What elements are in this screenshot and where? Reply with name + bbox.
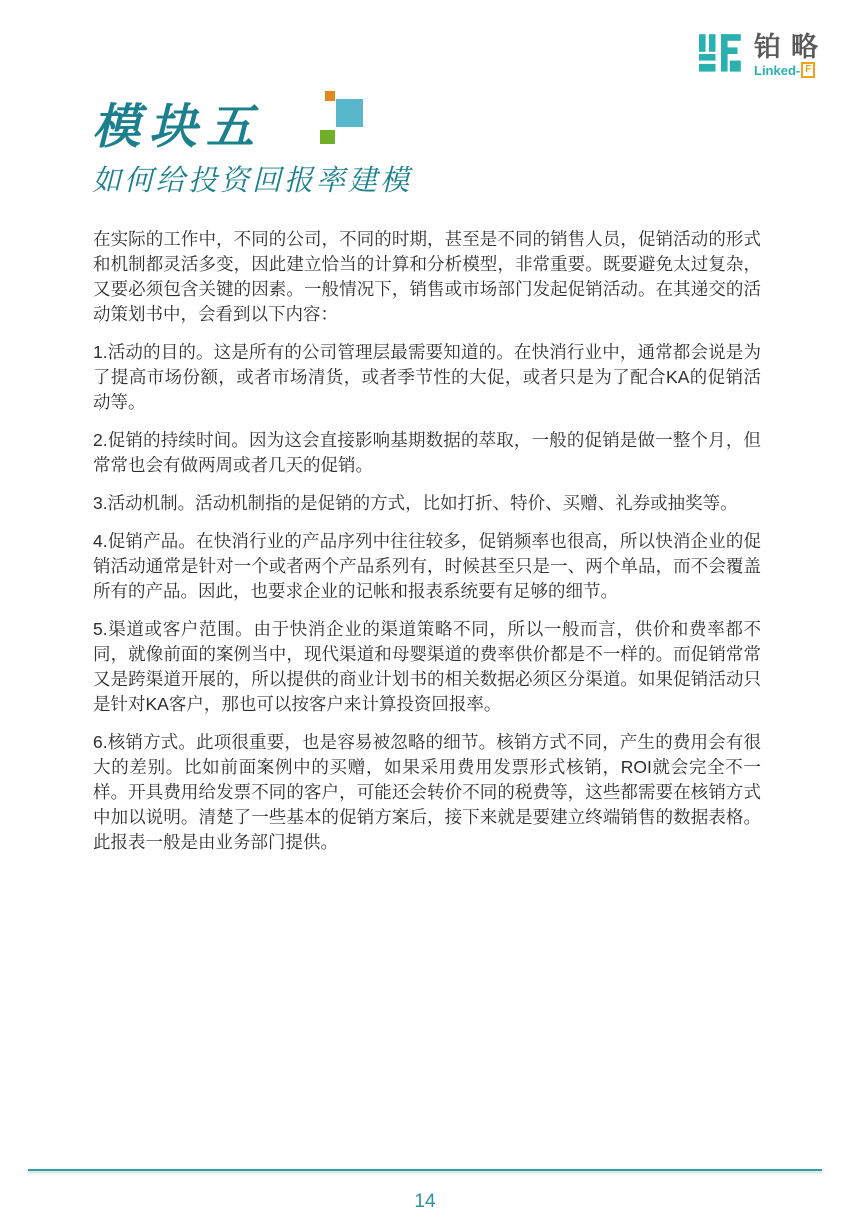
document-page: 铂略 Linked-F 模块五 如何给投资回报率建模 在实际的工作中，不同的公司… — [0, 0, 850, 1228]
page-subtitle: 如何给投资回报率建模 — [92, 158, 412, 199]
linked-f-logo-icon — [698, 32, 744, 76]
deco-square-orange — [325, 91, 335, 101]
list-item-5: 5.渠道或客户范围。由于快消企业的渠道策略不同，所以一般而言，供价和费率都不同，… — [93, 617, 761, 717]
list-item-4: 4.促销产品。在快消行业的产品序列中往往较多，促销频率也很高，所以快消企业的促销… — [93, 529, 761, 604]
brand-logo: 铂略 Linked-F — [698, 32, 828, 78]
brand-name-en: Linked-F — [754, 62, 815, 78]
deco-square-green — [320, 130, 335, 144]
list-item-2: 2.促销的持续时间。因为这会直接影响基期数据的萃取，一般的促销是做一整个月，但常… — [93, 428, 761, 478]
brand-f-badge: F — [801, 62, 815, 78]
page-title: 模块五 — [92, 88, 263, 157]
brand-name-en-text: Linked- — [754, 63, 800, 78]
body-text: 在实际的工作中，不同的公司，不同的时期，甚至是不同的销售人员，促销活动的形式和机… — [93, 227, 761, 868]
list-item-6: 6.核销方式。此项很重要，也是容易被忽略的细节。核销方式不同，产生的费用会有很大… — [93, 730, 761, 855]
intro-paragraph: 在实际的工作中，不同的公司，不同的时期，甚至是不同的销售人员，促销活动的形式和机… — [93, 227, 761, 327]
deco-square-teal — [336, 99, 363, 127]
footer-divider — [28, 1169, 822, 1171]
list-item-1: 1.活动的目的。这是所有的公司管理层最需要知道的。在快消行业中，通常都会说是为了… — [93, 340, 761, 415]
brand-name-cn: 铂略 — [754, 32, 828, 62]
list-item-3: 3.活动机制。活动机制指的是促销的方式，比如打折、特价、买赠、礼券或抽奖等。 — [93, 491, 761, 516]
page-number: 14 — [0, 1191, 850, 1213]
brand-logo-text: 铂略 Linked-F — [754, 32, 828, 78]
